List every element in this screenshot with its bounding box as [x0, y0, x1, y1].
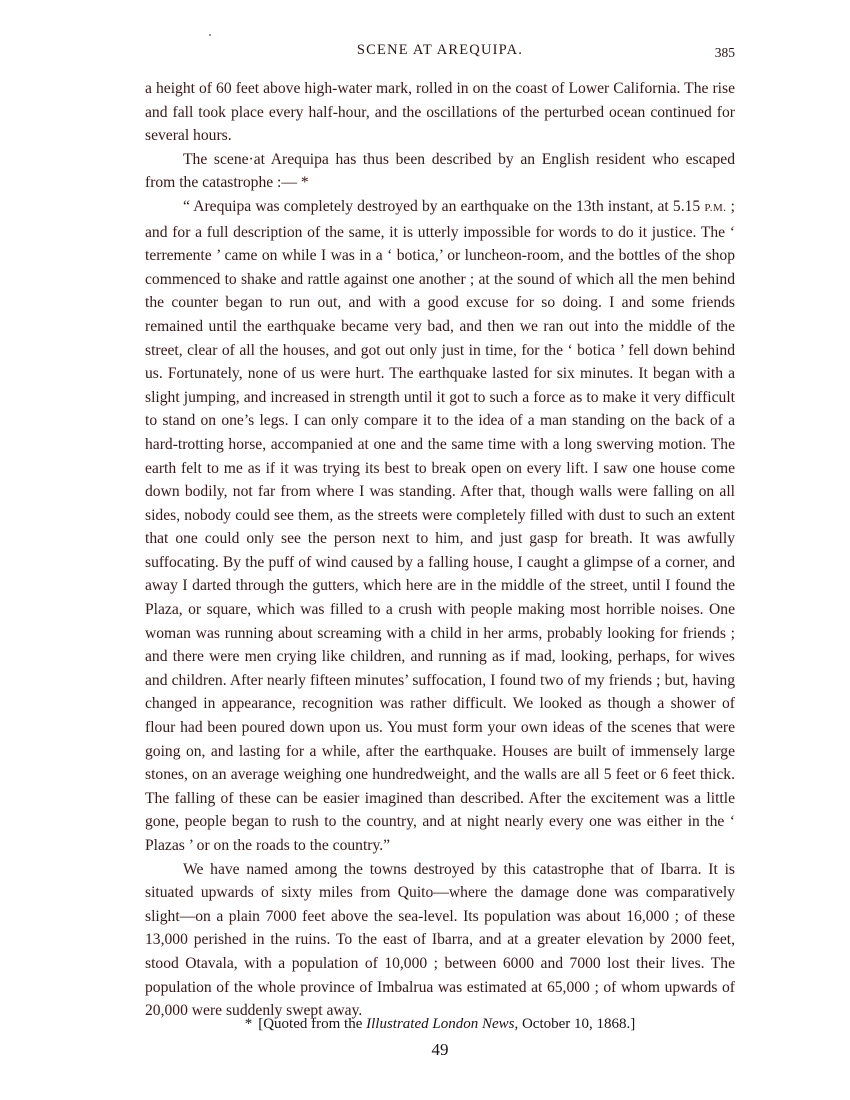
quote-text-rest: ; and for a full description of the same…	[145, 198, 735, 854]
footnote-source: Illustrated London News	[366, 1016, 514, 1032]
footnote: *[Quoted from the Illustrated London New…	[145, 1016, 735, 1033]
paragraph-quote-intro: The scene·at Arequipa has thus been desc…	[145, 148, 735, 195]
footnote-prefix: [Quoted from the	[258, 1016, 366, 1032]
body-text: a height of 60 feet above high-water mar…	[145, 77, 735, 1023]
page-number: 385	[715, 45, 735, 61]
paragraph-resident-account: “ Arequipa was completely destroyed by a…	[145, 195, 735, 858]
paragraph-ibarra: We have named among the towns destroyed …	[145, 858, 735, 1023]
print-speck	[209, 34, 211, 36]
footnote-suffix: , October 10, 1868.]	[514, 1016, 635, 1032]
book-page: SCENE AT AREQUIPA. 385 a height of 60 fe…	[0, 0, 850, 1100]
footnote-mark: *	[245, 1016, 253, 1032]
paragraph-tsunami-continuation: a height of 60 feet above high-water mar…	[145, 77, 735, 148]
quote-text-start: “ Arequipa was completely destroyed by a…	[183, 198, 704, 215]
running-title: SCENE AT AREQUIPA.	[145, 42, 735, 59]
time-pm: P.M.	[704, 202, 726, 214]
running-head: SCENE AT AREQUIPA. 385	[145, 42, 735, 62]
signature-mark: 49	[145, 1040, 735, 1060]
